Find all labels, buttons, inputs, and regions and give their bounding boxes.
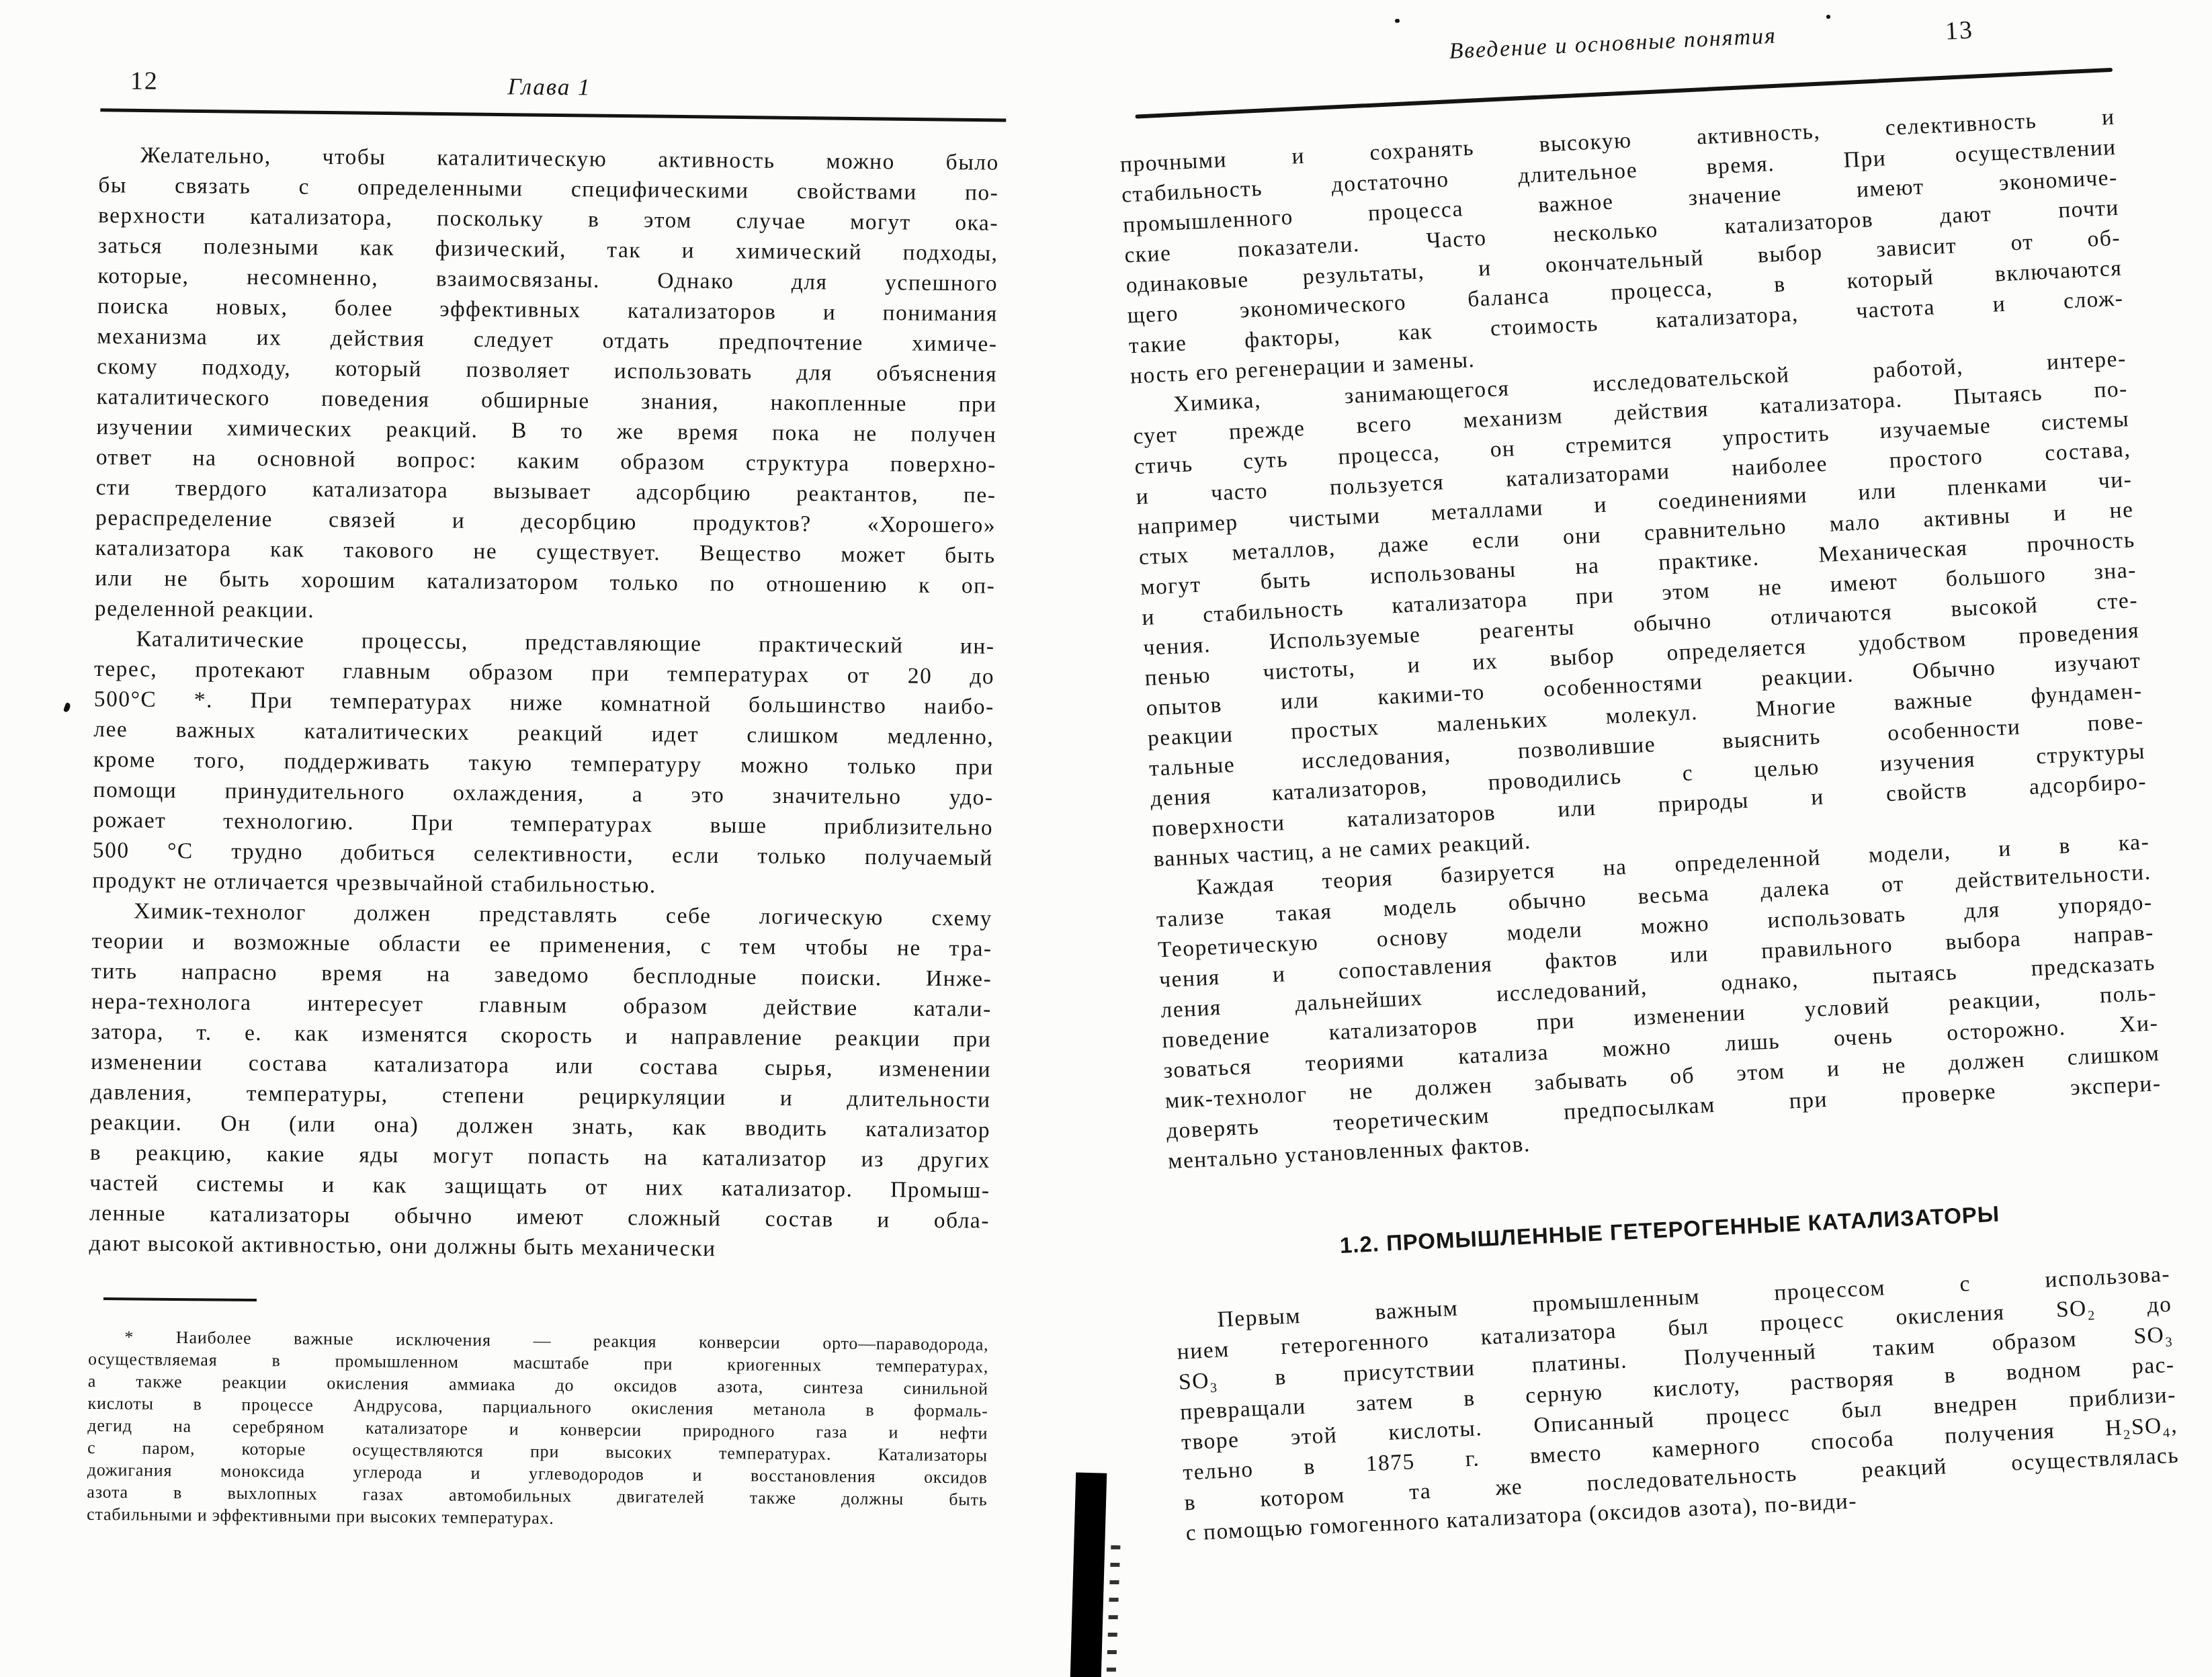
scan-speck: [1826, 15, 1830, 19]
left-page: 12 Глава 1 Желательно, чтобы каталитичес…: [87, 62, 1000, 1533]
paragraph: Желательно, чтобы каталитическую активно…: [95, 140, 999, 632]
footnote-text: * Наиболее важные исключения — реакция к…: [87, 1326, 989, 1533]
right-page-body: прочными и сохранять высокую активность,…: [1119, 102, 2164, 1176]
paragraph: Каждая теория базируется на определенной…: [1154, 826, 2164, 1176]
paragraph: прочными и сохранять высокую активность,…: [1119, 102, 2126, 392]
paragraph: Каталитические процессы, представляющие …: [92, 623, 994, 904]
paragraph: Первым важным промышленным процессом с и…: [1175, 1259, 2182, 1549]
left-page-body: Желательно, чтобы каталитическую активно…: [89, 140, 998, 1266]
book-spread-scan: { "colors": { "paper": "#fcfcfa", "ink":…: [0, 0, 2212, 1677]
left-header-rule: [100, 108, 1006, 122]
footnote-rule: [103, 1297, 257, 1301]
right-page-number: 13: [1945, 15, 1974, 46]
right-page-header: Введение и основные понятия 13: [1114, 0, 2113, 120]
paragraph: Химика, занимающегося исследовательской …: [1131, 343, 2149, 874]
scan-speck: [63, 702, 71, 713]
spine-speckles: [1107, 1545, 1121, 1677]
paragraph: Химик-технолог должен представлять себе …: [89, 896, 992, 1266]
paragraph: * Наиболее важные исключения — реакция к…: [87, 1326, 989, 1533]
section-heading: 1.2. ПРОМЫШЛЕННЫЕ ГЕТЕРОГЕННЫЕ КАТАЛИЗАТ…: [1172, 1193, 2168, 1266]
right-page-body-after-heading: Первым важным промышленным процессом с и…: [1175, 1259, 2182, 1549]
left-page-header: 12 Глава 1: [99, 62, 1000, 121]
scan-speck: [1395, 19, 1400, 23]
book-spine-shadow: [1070, 1472, 1107, 1677]
right-page: Введение и основные понятия 13 прочными …: [1114, 0, 2181, 1548]
left-running-title: Глава 1: [99, 70, 1000, 105]
